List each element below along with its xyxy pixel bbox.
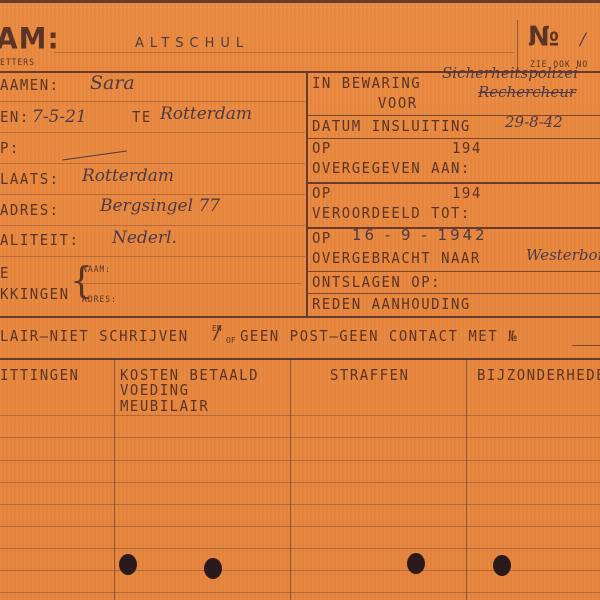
- notice-text-before: LAIR—NIET SCHRIJVEN: [0, 329, 189, 346]
- row-line: [0, 163, 305, 164]
- geboren-label: EN:: [0, 110, 30, 127]
- op3-value: 16 - 9 - 1942: [352, 226, 488, 244]
- beroep-label: P:: [0, 141, 20, 158]
- ontslagen-label: ONTSLAGEN OP:: [312, 275, 441, 292]
- bewaring-label-2: VOOR: [378, 96, 418, 113]
- op2-year: 194: [452, 186, 482, 203]
- table-rule: [0, 526, 600, 527]
- letters-label: ETTERS: [0, 58, 35, 67]
- punch-hole: [407, 553, 425, 574]
- col-header-straffen: STRAFFEN: [330, 368, 409, 385]
- beroep-dash: [62, 150, 127, 160]
- overgegeven-label: OVERGEGEVEN AAN:: [312, 161, 471, 178]
- bewaring-value-struck: Rechercheur: [478, 83, 576, 101]
- geboren-date-value: 7-5-21: [32, 107, 87, 127]
- datum-insluiting-label: DATUM INSLUITING: [312, 119, 471, 136]
- row-line: [0, 101, 305, 102]
- veroordeeld-label: VEROORDEELD TOT:: [312, 206, 471, 223]
- row-line: [308, 271, 600, 272]
- overgebracht-value: Westerbork: [526, 246, 600, 264]
- notice-bottom-line: [0, 358, 600, 360]
- voornamen-label: AAMEN:: [0, 78, 60, 95]
- op1-year: 194: [452, 141, 482, 158]
- betrekkingen-label-bottom: KKINGEN: [0, 287, 70, 304]
- row-line: [308, 138, 600, 139]
- nummer-value: /: [580, 30, 586, 50]
- row-line: [80, 283, 302, 284]
- col-sub-meubilair: MEUBILAIR: [120, 400, 209, 415]
- overgebracht-label: OVERGEBRACHT NAAR: [312, 251, 481, 268]
- col-header-zittingen: ITTINGEN: [0, 368, 79, 385]
- nationaliteit-label: ALITEIT:: [0, 233, 79, 250]
- naam-value: ALTSCHUL: [135, 36, 249, 51]
- col-sub-voeding: VOEDING: [120, 384, 190, 399]
- registration-card: AM: ETTERS ALTSCHUL № / ZIE OOK NO AAMEN…: [0, 0, 600, 600]
- naam-label: AM:: [0, 21, 60, 56]
- table-rule: [0, 592, 600, 593]
- table-rule: [0, 437, 600, 438]
- betrekkingen-adres-label: ADRES:: [82, 295, 117, 304]
- card-top-edge: [0, 0, 600, 3]
- center-divider: [306, 71, 308, 316]
- nummer-label: №: [528, 21, 560, 53]
- betrekkingen-label-top: E: [0, 266, 10, 283]
- reden-label: REDEN AANHOUDING: [312, 297, 471, 314]
- op1-label: OP: [312, 141, 332, 158]
- col-header-bijzonderheden: BIJZONDERHEDEN: [477, 368, 600, 385]
- nummer-divider: [517, 20, 518, 70]
- notice-text-after: GEEN POST—GEEN CONTACT MET №: [240, 329, 518, 346]
- col-divider-3: [466, 358, 467, 600]
- punch-hole: [204, 558, 222, 579]
- notice-contact-underline: [572, 345, 600, 346]
- bewaring-value: Sicherheitspolizei: [442, 64, 578, 82]
- woonplaats-value: Rotterdam: [82, 166, 174, 186]
- row-line: [0, 194, 305, 195]
- bewaring-label-1: IN BEWARING: [312, 76, 421, 93]
- table-rule: [0, 482, 600, 483]
- betrekkingen-naam-label: NAAM:: [82, 265, 111, 274]
- table-rule: [0, 460, 600, 461]
- row-line: [0, 256, 305, 257]
- row-line: [308, 293, 600, 294]
- adres-label: ADRES:: [0, 203, 60, 220]
- datum-insluiting-value: 29-8-42: [505, 113, 563, 131]
- op3-label: OP: [312, 231, 332, 248]
- op2-label: OP: [312, 186, 332, 203]
- te-label: TE: [132, 110, 152, 127]
- geboorteplaats-value: Rotterdam: [160, 104, 252, 124]
- voornamen-value: Sara: [90, 72, 135, 94]
- table-rule: [0, 415, 600, 416]
- row-line: [308, 182, 600, 184]
- notice-slash: /: [212, 321, 223, 343]
- punch-hole: [493, 555, 511, 576]
- punch-hole: [119, 554, 137, 575]
- notice-sup-of: OF: [226, 336, 236, 345]
- woonplaats-label: LAATS:: [0, 172, 60, 189]
- table-rule: [0, 548, 600, 549]
- naam-underline: [54, 52, 514, 53]
- col-divider-1: [114, 358, 115, 600]
- row-line: [0, 132, 305, 133]
- col-divider-2: [290, 358, 291, 600]
- adres-value: Bergsingel 77: [100, 196, 220, 216]
- nationaliteit-value: Nederl.: [112, 228, 177, 248]
- table-rule: [0, 504, 600, 505]
- notice-top-line: [0, 316, 600, 318]
- row-line: [0, 225, 305, 226]
